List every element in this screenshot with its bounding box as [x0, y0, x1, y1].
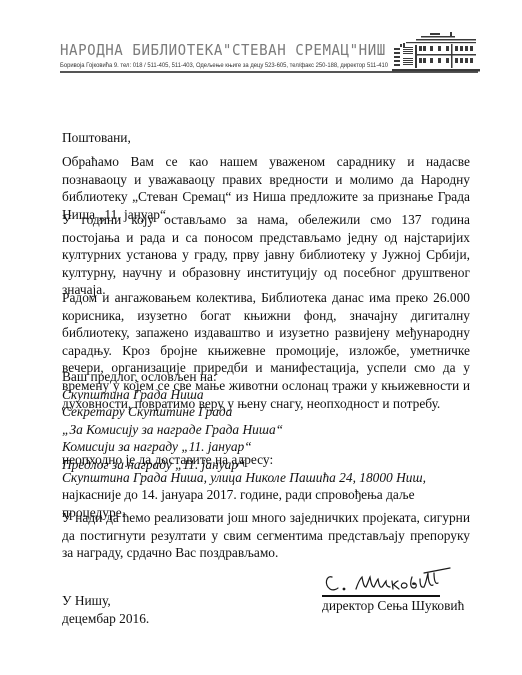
letter-closing-paragraph: У нади да ћемо реализовати још много зај… — [62, 509, 470, 562]
proposal-addressee: „За Комисију за награде Града Ниша“ — [62, 421, 470, 439]
letterhead-address: Боривоја Гојковића 9. тел: 018 / 511-405… — [60, 62, 388, 70]
signature-block: директор Сења Шуковић — [320, 565, 480, 614]
proposal-intro: Ваш предлог, ословљен на: — [62, 368, 470, 386]
date: децембар 2016. — [62, 610, 149, 628]
handwritten-signature — [320, 565, 470, 595]
proposal-addressee: Скупштина Града Ниша — [62, 386, 470, 404]
signatory-name: директор Сења Шуковић — [322, 597, 480, 615]
letter-salutation: Поштовани, — [62, 129, 470, 147]
letterhead-institution-name: НАРОДНА БИБЛИОТЕКА"СТЕВАН СРЕМАЦ"НИШ — [60, 41, 386, 59]
proposal-addressee: Секретару Скупштине Града — [62, 403, 470, 421]
letter-page: НАРОДНА БИБЛИОТЕКА"СТЕВАН СРЕМАЦ"НИШ Бор… — [0, 0, 522, 675]
delivery-address: Скупштина Града Ниша, улица Николе Пашић… — [62, 469, 470, 487]
library-building-icon — [392, 30, 480, 72]
letter-paragraph-2: У години коју остављамо за нама, обележи… — [62, 211, 470, 299]
delivery-intro: неопходно је да доставите на адресу: — [62, 451, 470, 469]
place: У Нишу, — [62, 592, 149, 610]
place-date-block: У Нишу, децембар 2016. — [62, 592, 149, 627]
